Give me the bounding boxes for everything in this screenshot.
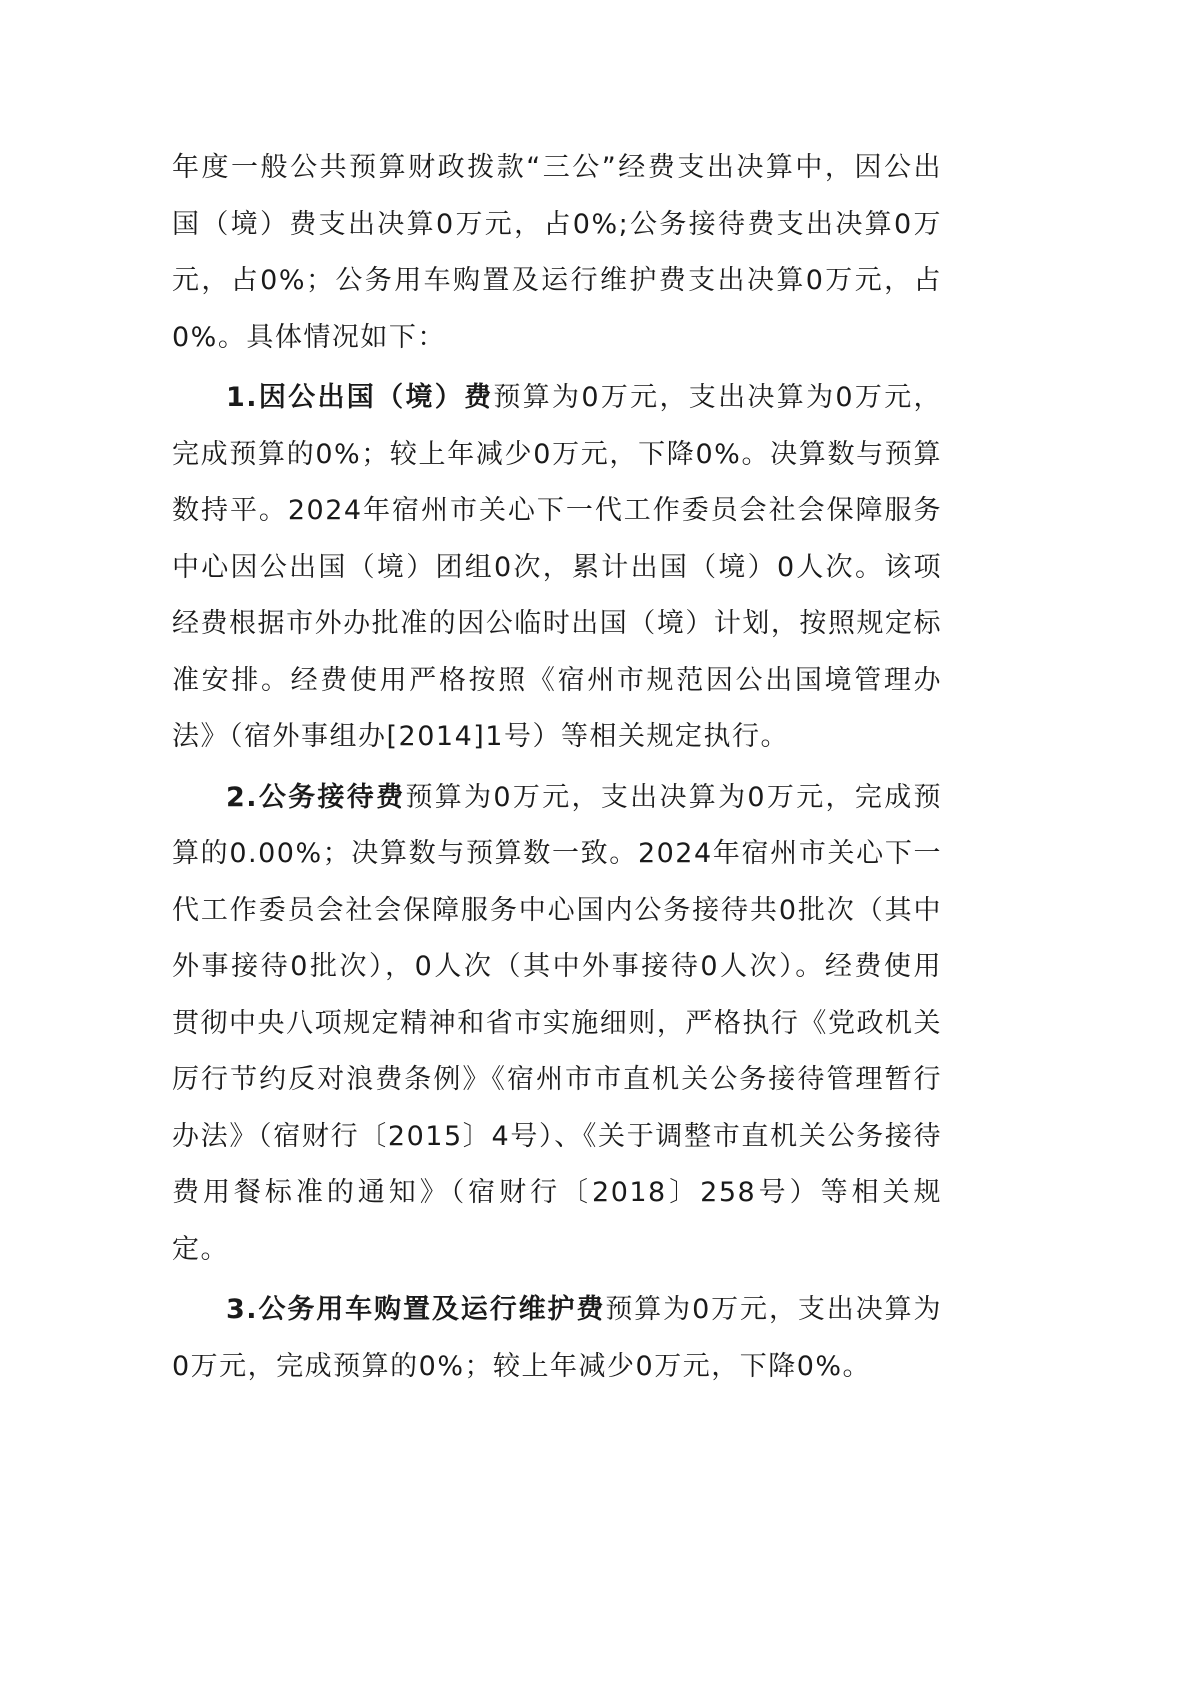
section-overseas-travel: 1.因公出国（境）费预算为0万元，支出决算为0万元，完成预算的0%；较上年减少0… [172, 370, 942, 766]
section-official-vehicles: 3.公务用车购置及运行维护费预算为0万元，支出决算为0万元，完成预算的0%；较上… [172, 1282, 942, 1395]
section-body-official-reception: 预算为0万元，支出决算为0万元，完成预算的0.00%；决算数与预算数一致。202… [172, 782, 942, 1265]
section-heading-overseas-travel: 1.因公出国（境）费 [226, 382, 493, 413]
section-heading-official-reception: 2.公务接待费 [226, 782, 405, 813]
section-official-reception: 2.公务接待费预算为0万元，支出决算为0万元，完成预算的0.00%；决算数与预算… [172, 770, 942, 1279]
section-body-overseas-travel: 预算为0万元，支出决算为0万元，完成预算的0%；较上年减少0万元，下降0%。决算… [172, 382, 942, 752]
section-heading-official-vehicles: 3.公务用车购置及运行维护费 [226, 1294, 605, 1325]
intro-paragraph: 年度一般公共预算财政拨款“三公”经费支出决算中，因公出国（境）费支出决算0万元，… [172, 140, 942, 366]
document-page: 年度一般公共预算财政拨款“三公”经费支出决算中，因公出国（境）费支出决算0万元，… [172, 140, 942, 1395]
intro-text: 年度一般公共预算财政拨款“三公”经费支出决算中，因公出国（境）费支出决算0万元，… [172, 152, 942, 353]
